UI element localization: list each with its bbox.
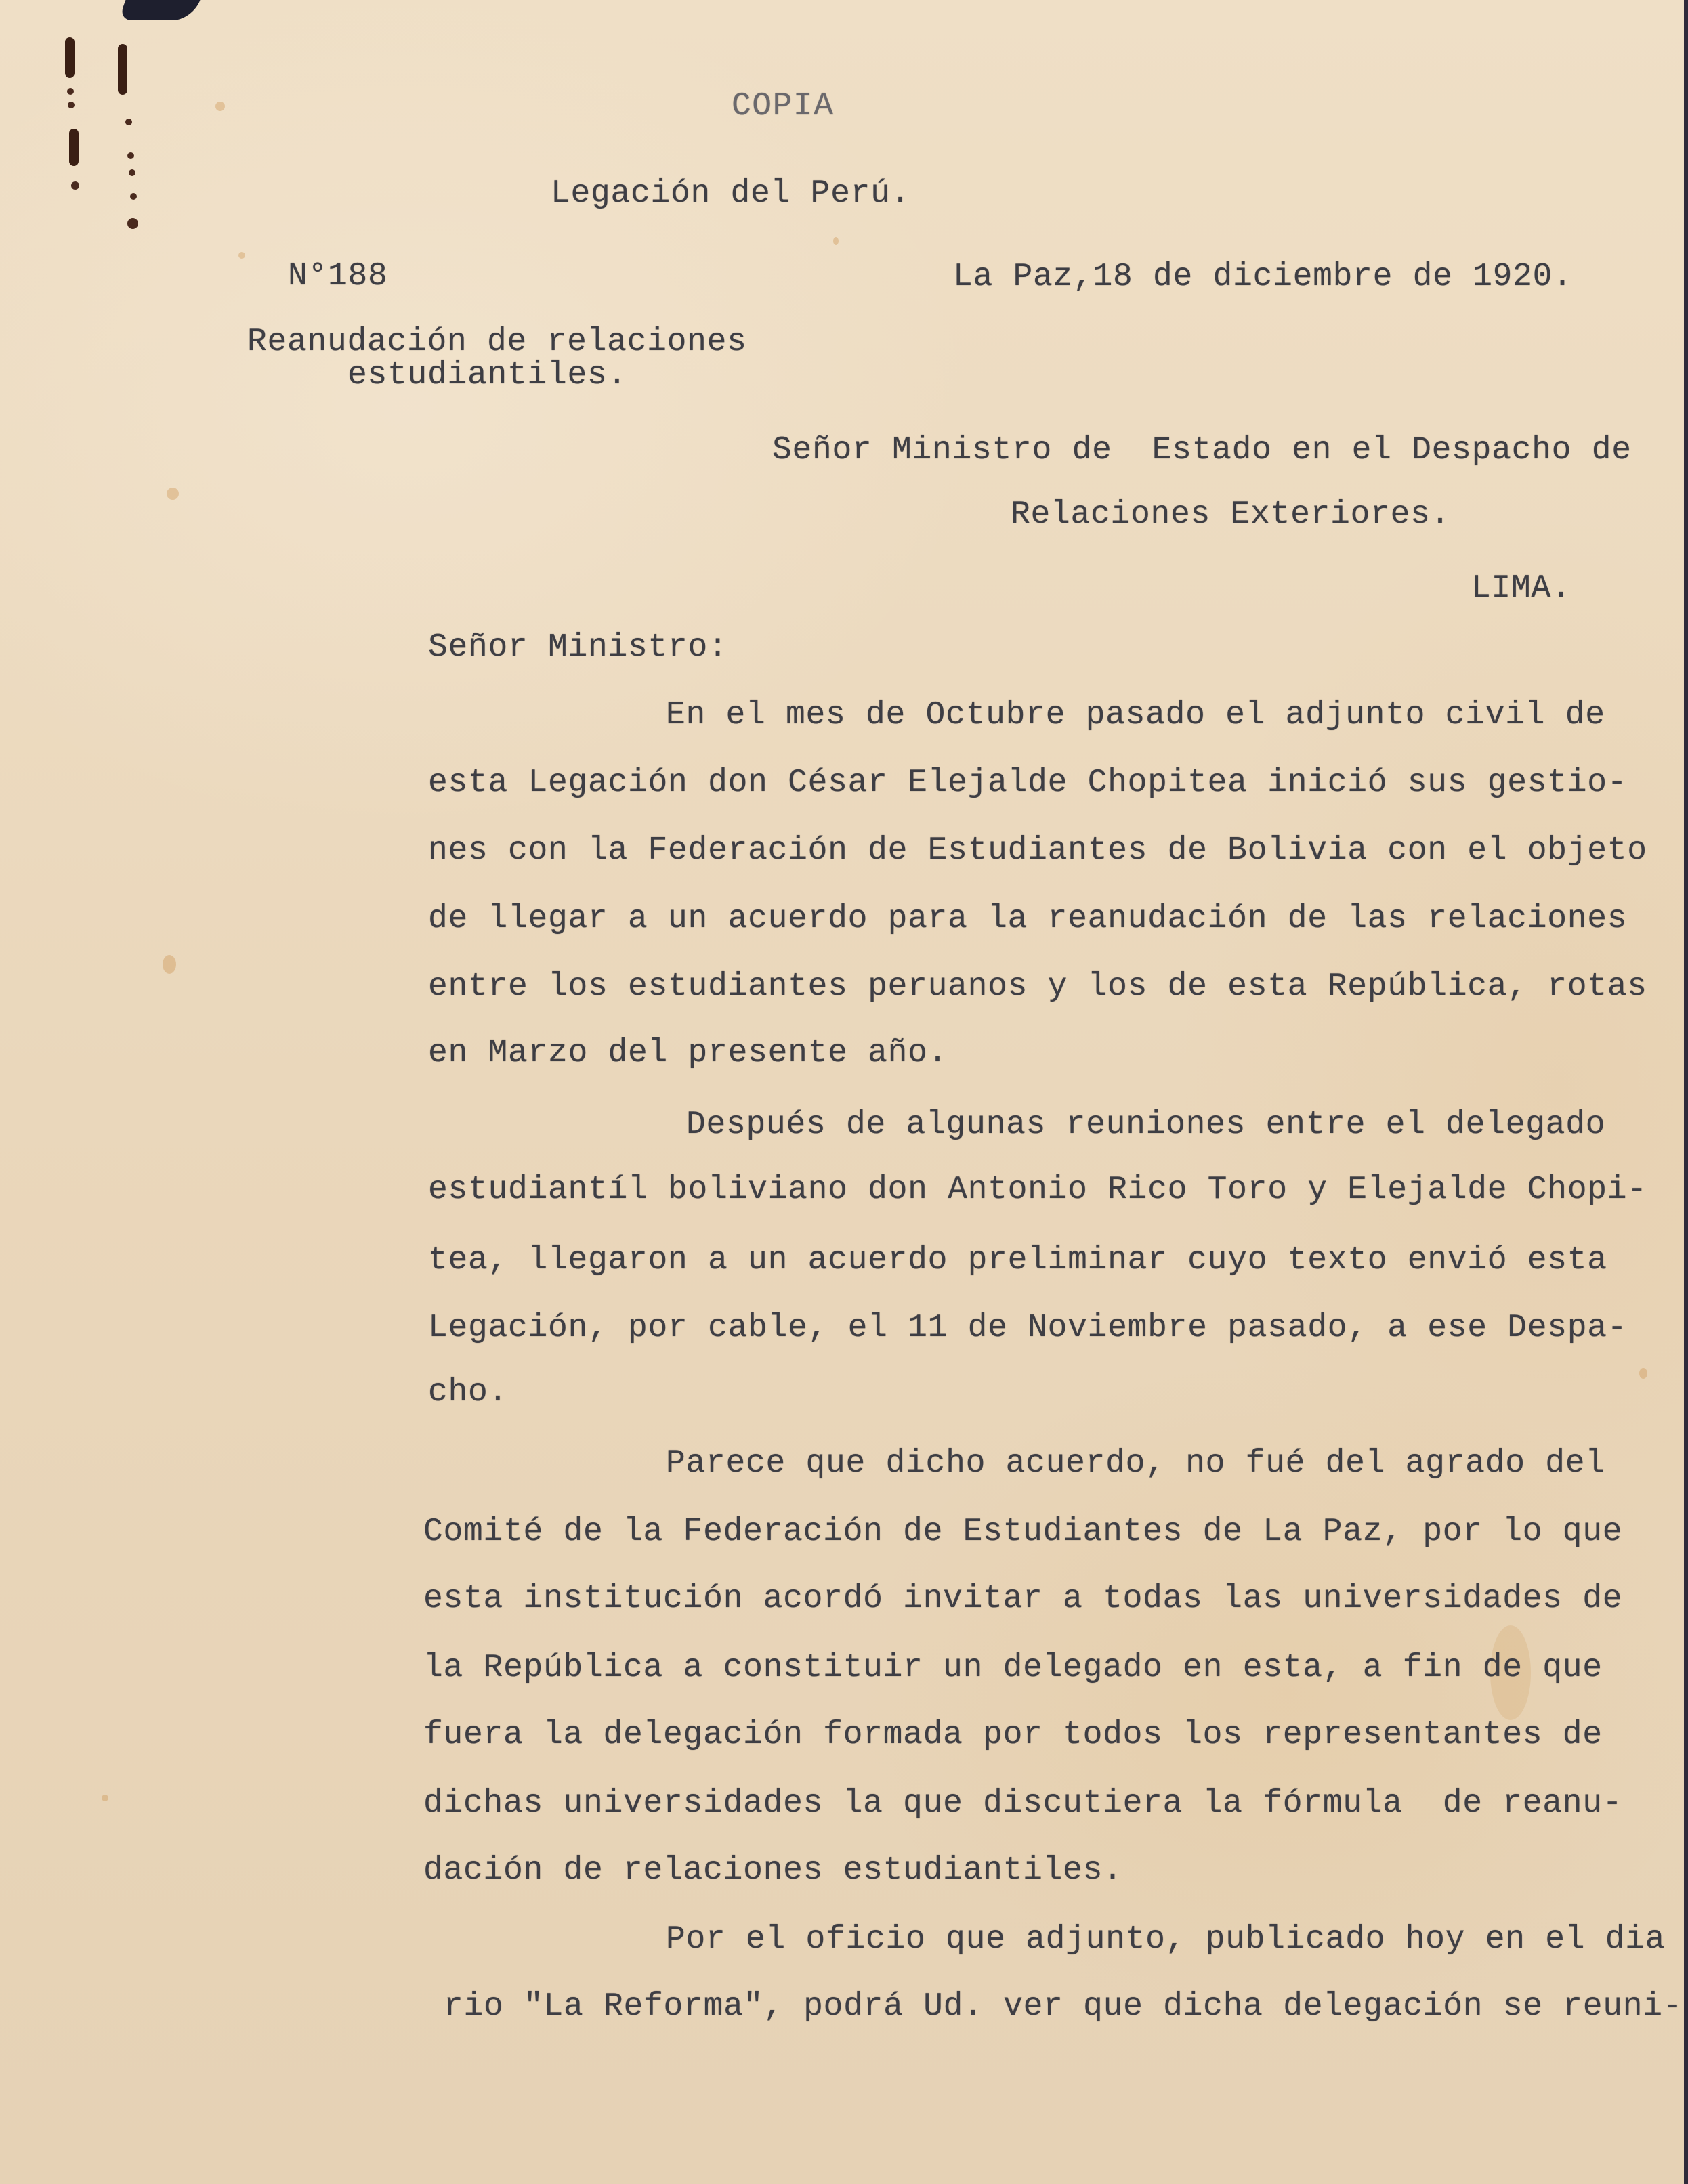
foxing-spot	[215, 102, 225, 111]
institution-heading: Legación del Perú.	[551, 177, 910, 210]
salutation: Señor Ministro:	[428, 631, 728, 664]
body-line: dación de relaciones estudiantiles.	[423, 1854, 1123, 1887]
copy-mark: COPIA	[732, 90, 835, 123]
foxing-spot	[238, 252, 245, 259]
ink-drip-mark	[127, 218, 138, 229]
body-line: Parece que dicho acuerdo, no fué del agr…	[666, 1447, 1605, 1480]
body-line: cho.	[428, 1376, 508, 1409]
body-line: Comité de la Federación de Estudiantes d…	[423, 1516, 1622, 1548]
ink-drip-mark	[129, 169, 135, 176]
body-line: fuera la delegación formada por todos lo…	[423, 1719, 1603, 1751]
body-line: de llegar a un acuerdo para la reanudaci…	[428, 903, 1627, 935]
subject-line-2: estudiantiles.	[347, 359, 627, 391]
body-line: entre los estudiantes peruanos y los de …	[428, 970, 1647, 1003]
ink-drip-mark	[65, 37, 75, 78]
document-number: N°188	[288, 260, 388, 293]
addressee-line-2: Relaciones Exteriores.	[1011, 498, 1450, 531]
addressee-city: LIMA.	[1471, 572, 1571, 605]
ink-drip-mark	[127, 152, 134, 159]
ink-drip-mark	[71, 181, 79, 190]
body-line: En el mes de Octubre pasado el adjunto c…	[666, 699, 1605, 731]
body-line: estudiantíl boliviano don Antonio Rico T…	[428, 1174, 1647, 1206]
page-edge-shadow	[1684, 0, 1688, 2184]
subject-line-1: Reanudación de relaciones	[247, 326, 747, 358]
body-line: dichas universidades la que discutiera l…	[423, 1787, 1622, 1820]
ink-drip-mark	[67, 88, 74, 95]
body-line: la República a constituir un delegado en…	[423, 1652, 1603, 1684]
foxing-spot	[163, 955, 176, 974]
ink-drip-mark	[125, 119, 132, 125]
body-line: esta Legación don César Elejalde Chopite…	[428, 767, 1627, 799]
body-line: rio "La Reforma", podrá Ud. ver que dich…	[444, 1990, 1683, 2023]
ink-drip-mark	[130, 193, 137, 200]
foxing-spot	[167, 488, 179, 500]
foxing-spot	[833, 237, 839, 245]
addressee-line-1: Señor Ministro de Estado en el Despacho …	[772, 434, 1632, 467]
body-line: esta institución acordó invitar a todas …	[423, 1583, 1622, 1615]
ink-drip-mark	[118, 44, 127, 95]
body-line: Por el oficio que adjunto, publicado hoy…	[666, 1923, 1665, 1956]
ink-drip-mark	[68, 102, 75, 108]
body-line: nes con la Federación de Estudiantes de …	[428, 834, 1647, 867]
body-line: tea, llegaron a un acuerdo preliminar cu…	[428, 1244, 1607, 1277]
place-date: La Paz,18 de diciembre de 1920.	[953, 261, 1573, 293]
ink-drip-mark	[69, 129, 79, 166]
foxing-spot	[102, 1795, 108, 1801]
body-line: Después de algunas reuniones entre el de…	[686, 1109, 1605, 1141]
foxing-spot	[1639, 1368, 1647, 1379]
body-line: Legación, por cable, el 11 de Noviembre …	[428, 1312, 1627, 1344]
body-line: en Marzo del presente año.	[428, 1037, 948, 1069]
